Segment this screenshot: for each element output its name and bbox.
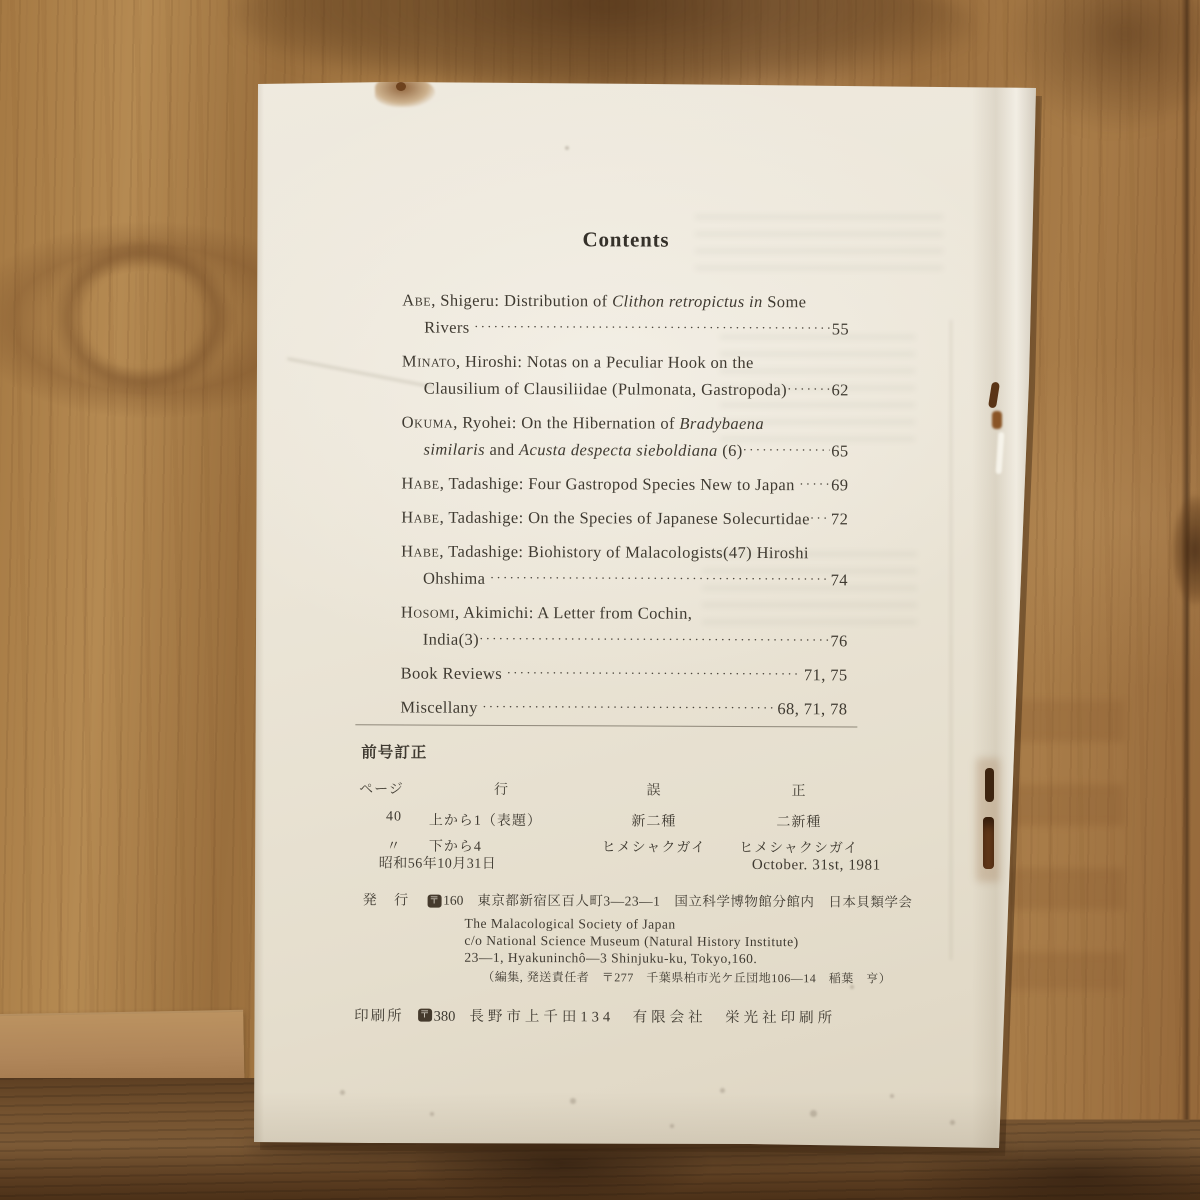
page-number: 65: [829, 437, 848, 464]
page-number: 76: [828, 627, 847, 654]
toc-text: Book Reviews: [401, 659, 507, 686]
publisher-block: 発 行 〒 160 東京都新宿区百人町3—23—1 国立科学博物館分館内 日本貝…: [362, 892, 942, 987]
toc-text: , Tadashige: Four Gastropod Species New …: [440, 470, 800, 499]
author-small-caps: Habe: [401, 469, 439, 496]
errata-col-header: 行: [429, 779, 574, 805]
page-number: 62: [829, 376, 848, 403]
errata-cell: 上から1（表題）: [429, 810, 574, 831]
page-number: 72: [829, 505, 848, 532]
postal-mark-icon: 〒: [427, 895, 441, 908]
page-number: 68, 71, 78: [775, 695, 847, 722]
toc-line: Hosomi, Akimichi: A Letter from Cochin,: [401, 598, 848, 627]
toc-text: Some: [763, 288, 807, 315]
toc-entry: Habe, Tadashige: Biohistory of Malacolog…: [401, 537, 848, 593]
leader-dots: ········································…: [474, 313, 830, 342]
publication-dates: 昭和56年10月31日 October. 31st, 1981: [379, 852, 881, 874]
table-of-contents: Abe, Shigeru: Distribution of Clithon re…: [400, 286, 849, 729]
page-number: 55: [830, 315, 849, 342]
toc-text: Rivers: [424, 314, 474, 341]
wood-knot-ring: [35, 225, 250, 410]
leader-dots: ········································…: [799, 470, 829, 497]
author-small-caps: Minato: [402, 347, 456, 374]
toc-line: Book Reviews ···························…: [401, 659, 848, 688]
toc-line: similaris and Acusta despecta sieboldian…: [402, 435, 849, 464]
toc-line: India(3)································…: [401, 625, 848, 654]
species-italic: Bradybaena: [679, 410, 764, 437]
toc-entry: Abe, Shigeru: Distribution of Clithon re…: [402, 286, 849, 342]
toc-line: Ohshima ································…: [401, 564, 848, 593]
publisher-name-en: The Malacological Society of Japan: [464, 916, 942, 934]
leader-dots: ········································…: [482, 693, 775, 721]
toc-line: Habe, Tadashige: On the Species of Japan…: [401, 503, 848, 532]
page-number: 71, 75: [802, 661, 848, 688]
leader-dots: ········································…: [479, 625, 828, 654]
date-english: October. 31st, 1981: [752, 857, 881, 875]
toc-entry: Habe, Tadashige: On the Species of Japan…: [401, 503, 848, 532]
toc-text: , Hiroshi: Notas on a Peculiar Hook on t…: [456, 348, 754, 376]
toc-line: Rivers ·································…: [402, 313, 849, 342]
toc-line: Okuma, Ryohei: On the Hibernation of Bra…: [402, 408, 849, 437]
toc-text: Ohshima: [423, 565, 490, 592]
toc-text: , Shigeru: Distribution of: [431, 287, 612, 315]
author-small-caps: Abe: [402, 286, 431, 313]
printer-address: 長野市上千田134 有限会社 栄光社印刷所: [469, 1005, 836, 1028]
errata-col-header: 正: [734, 780, 864, 806]
publisher-label: 発 行: [363, 893, 416, 909]
toc-line: Habe, Tadashige: Four Gastropod Species …: [401, 469, 848, 498]
errata-col-header: ページ: [359, 778, 429, 803]
date-japanese: 昭和56年10月31日: [379, 852, 497, 873]
page-title: Contents: [402, 226, 849, 253]
author-small-caps: Hosomi: [401, 598, 455, 625]
species-italic: Acusta despecta sieboldiana: [519, 436, 718, 464]
toc-entry: Hosomi, Akimichi: A Letter from Cochin,I…: [401, 598, 848, 654]
errata-cell: 40: [359, 809, 429, 829]
toc-line: Abe, Shigeru: Distribution of Clithon re…: [402, 286, 849, 315]
errata-cell: 二新種: [734, 811, 864, 832]
toc-text: Miscellany: [400, 693, 482, 720]
toc-text: , Tadashige: On the Species of Japanese …: [440, 504, 810, 533]
publisher-address-en: 23—1, Hyakuninchô—3 Shinjuku-ku, Tokyo,1…: [464, 950, 942, 968]
printer-label: 印刷所: [354, 1004, 404, 1025]
leader-dots: ········································…: [490, 564, 829, 592]
toc-line: Habe, Tadashige: Biohistory of Malacolog…: [401, 537, 848, 566]
publisher-row: 発 行 〒 160 東京都新宿区百人町3—23—1 国立科学博物館分館内 日本貝…: [363, 892, 943, 912]
toc-line: Miscellany ·····························…: [400, 693, 847, 722]
leader-dots: ········································…: [787, 375, 830, 402]
publisher-careof-en: c/o National Science Museum (Natural His…: [464, 933, 942, 951]
printed-content: Contents Abe, Shigeru: Distribution of C…: [246, 80, 1041, 1151]
leader-dots: ········································…: [507, 659, 802, 687]
errata-heading: 前号訂正: [361, 740, 427, 762]
errata-table: ページ 行 誤 正 40 上から1（表題） 新二種 二新種 〃 下から4 ヒメシ…: [359, 778, 864, 857]
toc-text: (6): [718, 437, 743, 464]
toc-text: , Ryohei: On the Hibernation of: [453, 409, 679, 437]
toc-text: and: [485, 436, 519, 463]
publisher-address-jp: 東京都新宿区百人町3—23—1 国立科学博物館分館内 日本貝類学会: [477, 893, 912, 911]
toc-entry: Book Reviews ···························…: [401, 659, 848, 688]
errata-cell: 新二種: [574, 810, 734, 831]
leader-dots: ········································…: [743, 436, 830, 463]
toc-text: India(3): [423, 626, 479, 653]
toc-entry: Minato, Hiroshi: Notas on a Peculiar Hoo…: [402, 347, 849, 403]
toc-text: , Akimichi: A Letter from Cochin,: [455, 599, 692, 627]
photo-of-journal-back-cover: Contents Abe, Shigeru: Distribution of C…: [0, 0, 1200, 1200]
printer-block: 印刷所 〒 380 長野市上千田134 有限会社 栄光社印刷所: [354, 1004, 836, 1027]
leader-dots: ········································…: [810, 504, 829, 531]
toc-text: , Tadashige: Biohistory of Malacologists…: [439, 538, 809, 567]
toc-text: Clausilium of Clausiliidae (Pulmonata, G…: [424, 375, 787, 404]
toc-line: Clausilium of Clausiliidae (Pulmonata, G…: [402, 374, 849, 403]
toc-entry: Miscellany ·····························…: [400, 693, 847, 722]
postal-mark-icon: 〒: [418, 1009, 432, 1022]
author-small-caps: Habe: [401, 503, 439, 530]
page-number: 74: [829, 566, 848, 593]
errata-col-header: 誤: [574, 779, 734, 805]
toc-line: Minato, Hiroshi: Notas on a Peculiar Hoo…: [402, 347, 849, 376]
page-number: 69: [829, 471, 848, 498]
species-italic: similaris: [424, 436, 485, 463]
toc-entry: Okuma, Ryohei: On the Hibernation of Bra…: [402, 408, 849, 464]
toc-entry: Habe, Tadashige: Four Gastropod Species …: [401, 469, 848, 498]
author-small-caps: Habe: [401, 537, 439, 564]
journal-back-page: Contents Abe, Shigeru: Distribution of C…: [250, 80, 1040, 1148]
species-italic: Clithon retropictus in: [612, 287, 763, 315]
postal-code: 380: [434, 1009, 456, 1026]
editor-note: （編集, 発送責任者 〒277 千葉県柏市光ケ丘団地106—14 稲葉 亨）: [482, 969, 942, 987]
postal-code: 160: [443, 893, 463, 909]
author-small-caps: Okuma: [402, 408, 454, 435]
